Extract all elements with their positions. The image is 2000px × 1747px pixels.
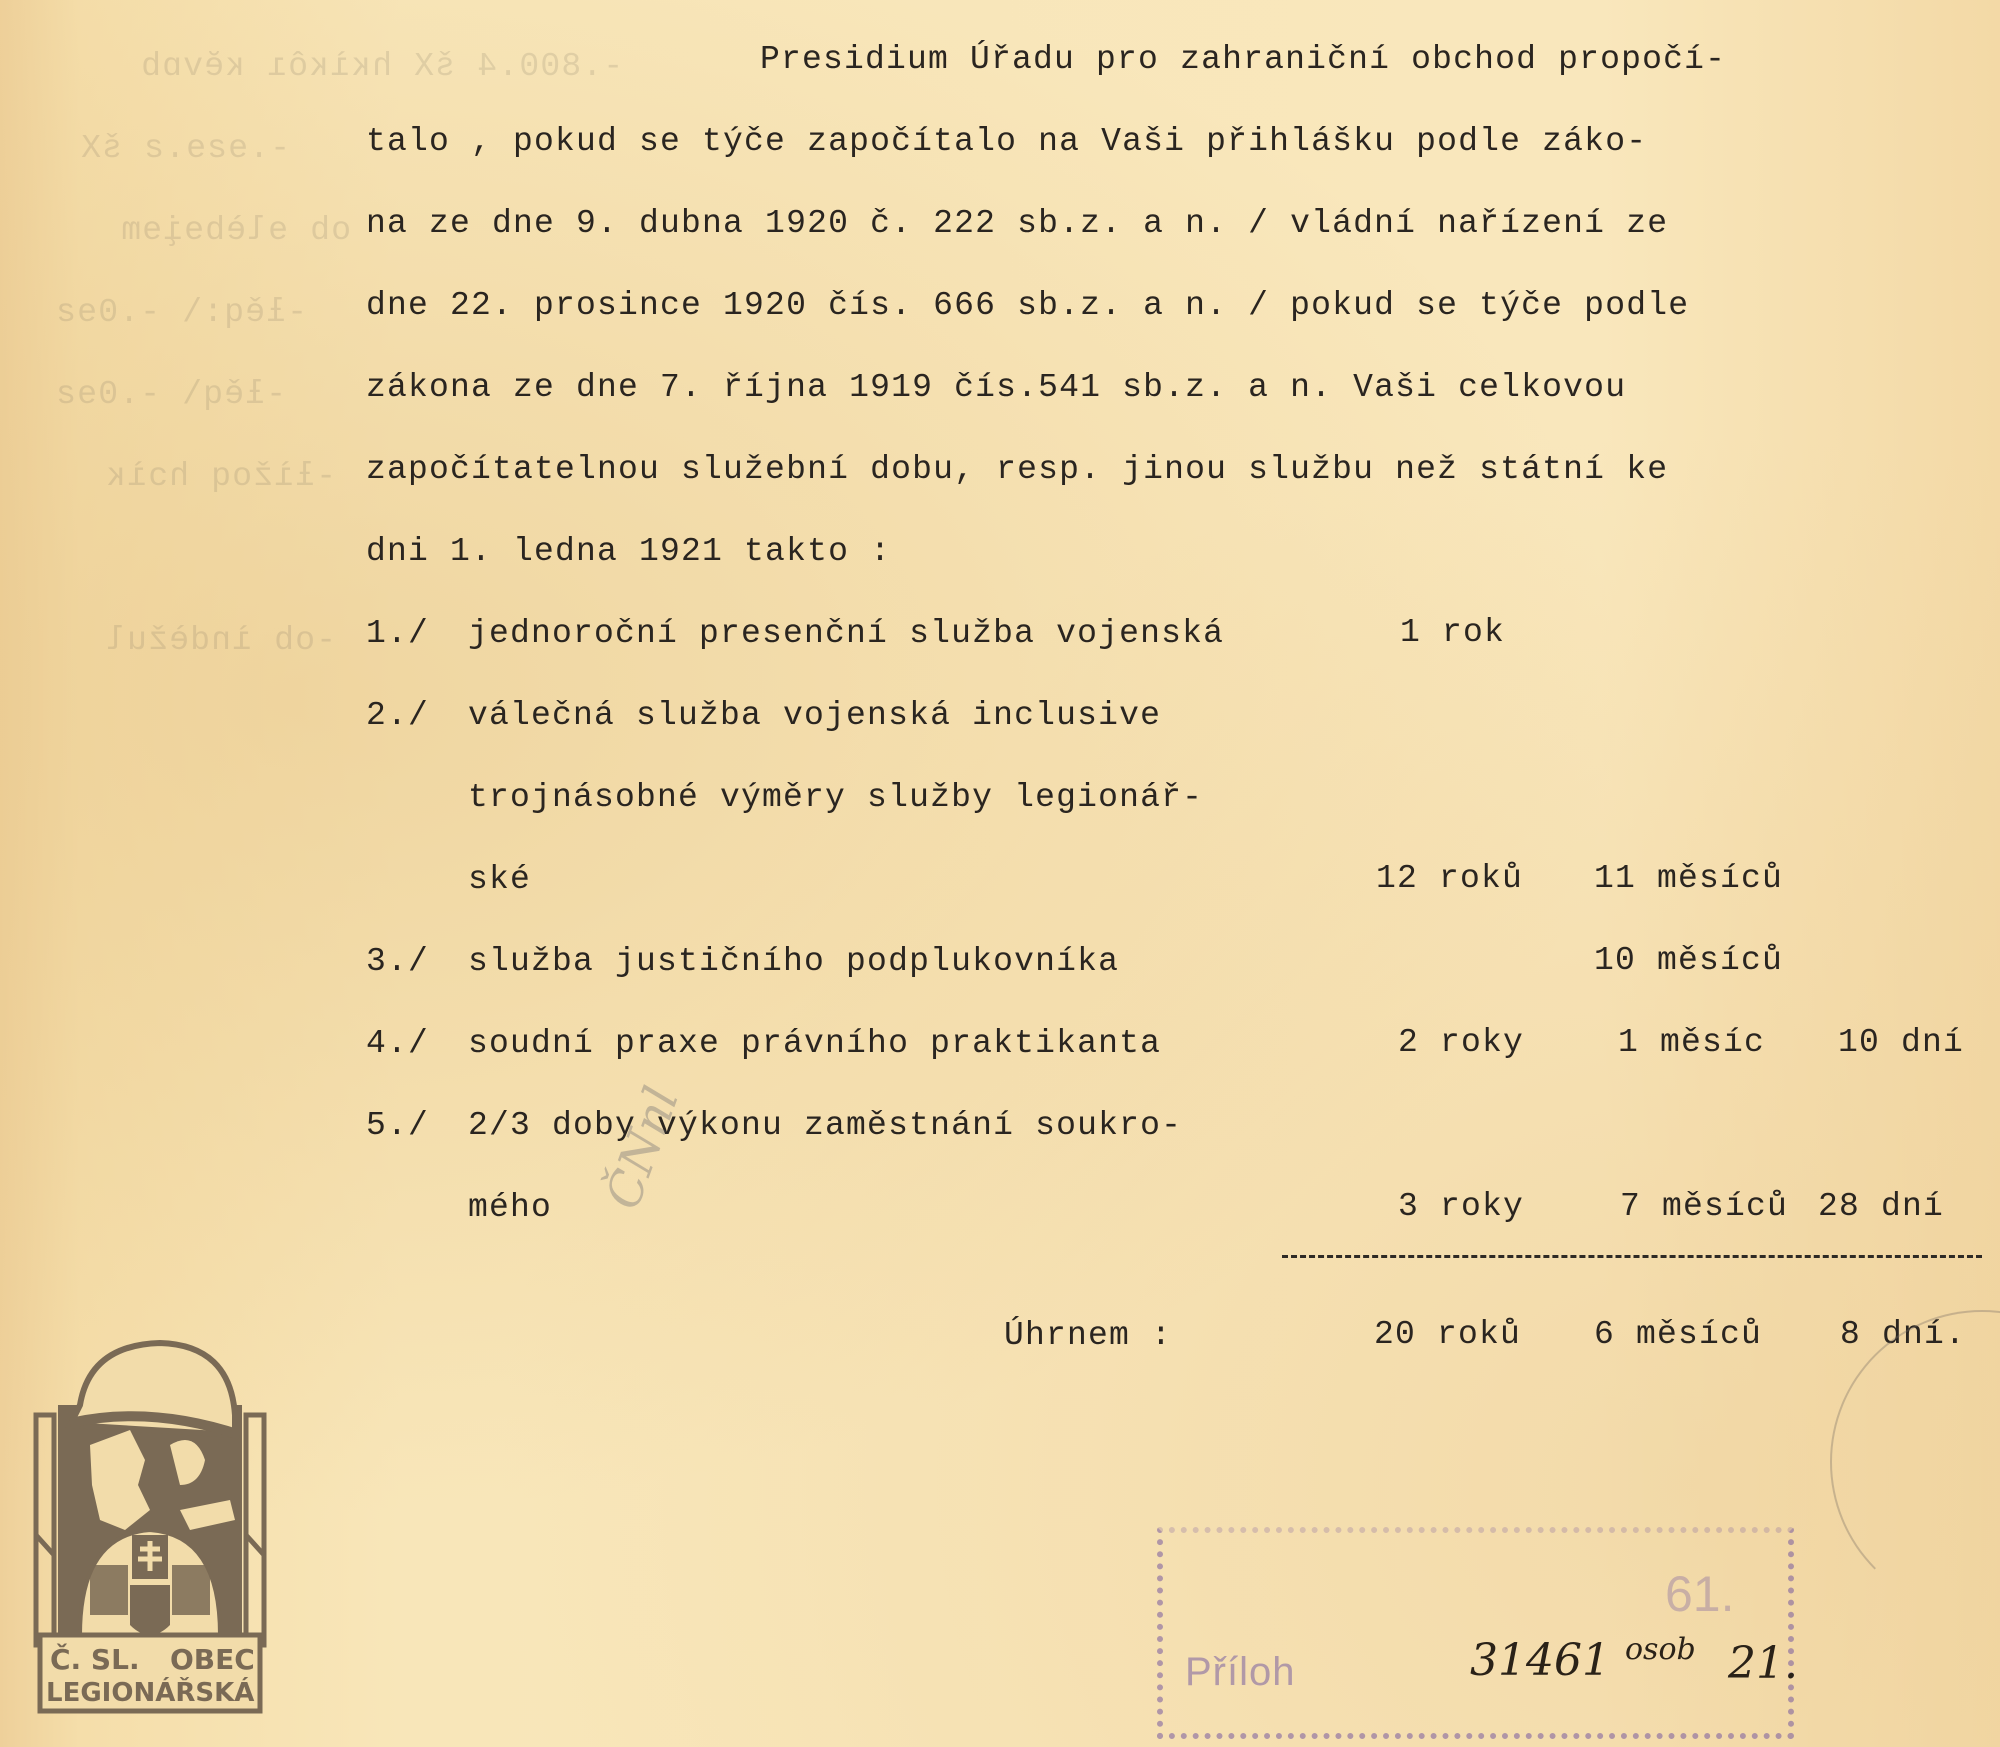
handwritten-suffix: osob (1625, 1632, 1696, 1667)
bleed-line: -.ɘƨɘ.ƨ šX (80, 130, 290, 167)
item-years: 1 rok (1400, 614, 1505, 651)
bleed-line: ob ɘlèbɘįɘm (120, 212, 351, 249)
logo-text-right: OBEC (170, 1643, 255, 1676)
item-description: soudní praxe právního praktikanta (468, 1024, 1161, 1064)
item-description: trojnásobné výměry služby legionář- (468, 778, 1203, 818)
paragraph-line: dne 22. prosince 1920 čís. 666 sb.z. a n… (366, 286, 1689, 326)
stamp-label: Příloh (1185, 1650, 1296, 1695)
item-description: jednoroční presenční služba vojenská (468, 614, 1224, 654)
item-number: 4./ (366, 1024, 429, 1064)
bleed-line: -ƚìžoq hɔìĸ (105, 458, 336, 495)
item-years: 12 roků (1376, 860, 1523, 897)
item-number: 2./ (366, 696, 429, 736)
item-description: 2/3 doby výkonu zaměstnání soukro- (468, 1106, 1182, 1146)
total-divider (1282, 1255, 1982, 1258)
bleed-line: -ƚěq:\ -.0ɘƨ (55, 294, 307, 331)
item-days: 28 dní (1818, 1188, 1944, 1225)
total-months: 6 měsíců (1594, 1316, 1762, 1353)
item-number: 3./ (366, 942, 429, 982)
attachment-stamp (1157, 1527, 1794, 1739)
item-months: 11 měsíců (1594, 860, 1783, 897)
item-months: 10 měsíců (1594, 942, 1783, 979)
legion-logo: Č. SL. OBEC LEGIONÁŘSKÁ (30, 1335, 270, 1715)
soldier-emblem-icon: Č. SL. OBEC LEGIONÁŘSKÁ (30, 1335, 270, 1715)
total-label: Úhrnem : (1004, 1316, 1172, 1356)
item-description: mého (468, 1188, 552, 1228)
item-number: 1./ (366, 614, 429, 654)
bleed-line: -ob ìndèžul (105, 622, 336, 659)
handwritten-reference-number: 31461 (1470, 1635, 1610, 1686)
paragraph-line: Presidium Úřadu pro zahraniční obchod pr… (760, 40, 1726, 80)
logo-text-left: Č. SL. (50, 1642, 140, 1676)
item-days: 10 dní (1838, 1024, 1964, 1061)
handwritten-year: 21. (1728, 1638, 1798, 1689)
paragraph-line: talo , pokud se týče započítalo na Vaši … (366, 122, 1647, 162)
item-months: 7 měsíců (1620, 1188, 1788, 1225)
paragraph-line: započítatelnou služební dobu, resp. jino… (366, 450, 1668, 490)
pencil-arc-mark (1830, 1310, 2000, 1614)
item-description: válečná služba vojenská inclusive (468, 696, 1161, 736)
bleed-line: -.800.4 šX hĸìĸôı ĸĕvɒb (140, 48, 623, 85)
paragraph-line: na ze dne 9. dubna 1920 č. 222 sb.z. a n… (366, 204, 1668, 244)
item-description: služba justičního podplukovníka (468, 942, 1119, 982)
logo-text-bottom: LEGIONÁŘSKÁ (46, 1676, 254, 1708)
faint-pencil-signature: ČNnl (595, 1080, 690, 1217)
item-description: ské (468, 860, 531, 900)
total-years: 20 roků (1374, 1316, 1521, 1353)
item-number: 5./ (366, 1106, 429, 1146)
paragraph-line: zákona ze dne 7. října 1919 čís.541 sb.z… (366, 368, 1626, 408)
item-years: 2 roky (1398, 1024, 1524, 1061)
item-months: 1 měsíc (1618, 1024, 1765, 1061)
stamp-mark: 61. (1665, 1565, 1735, 1623)
paragraph-line: dni 1. ledna 1921 takto : (366, 532, 891, 572)
bleed-line: -ƚěq\ -.0ɘƨ (55, 376, 286, 413)
item-years: 3 roky (1398, 1188, 1524, 1225)
